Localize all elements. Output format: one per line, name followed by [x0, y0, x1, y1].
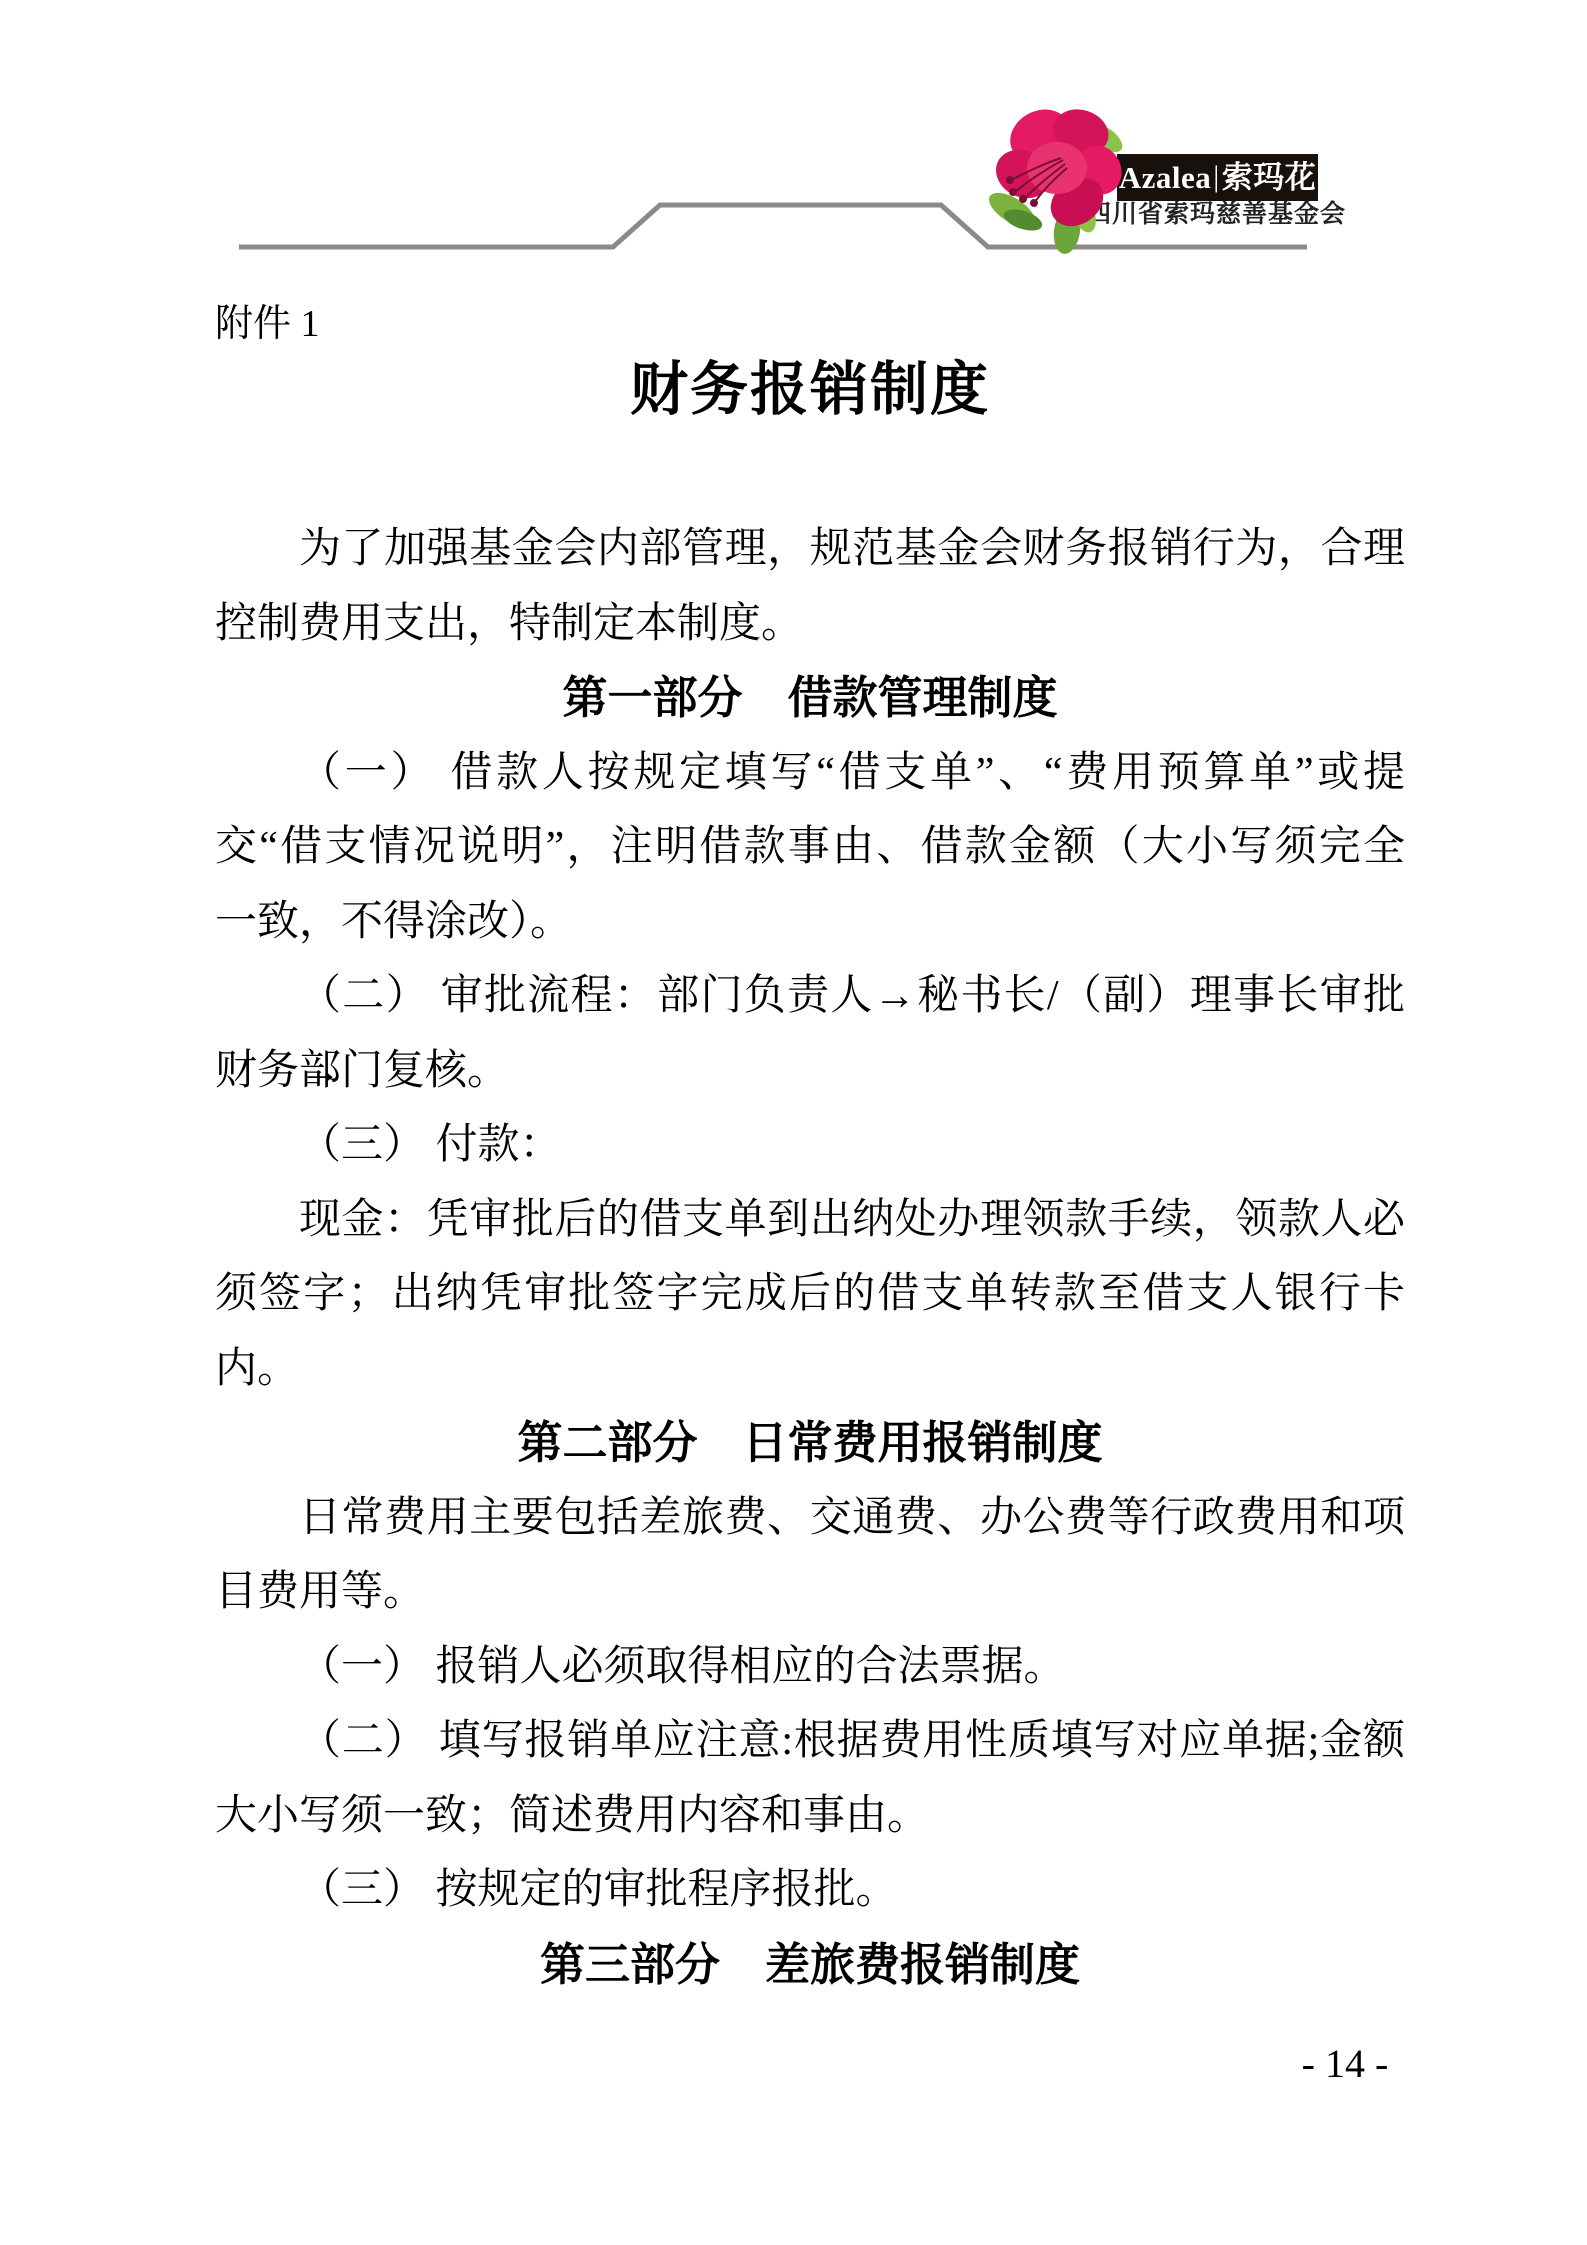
- text-line: 日常费用主要包括差旅费、交通费、办公费等行政费用和项: [215, 1481, 1405, 1556]
- page-number: - 14 -: [1285, 2040, 1405, 2088]
- logo-separator: |: [1211, 162, 1222, 192]
- text-line: 大小写须一致；简述费用内容和事由。: [215, 1779, 1405, 1854]
- logo-banner: Azalea|索玛花: [1117, 154, 1318, 201]
- section-heading: 第二部分 日常费用报销制度: [215, 1406, 1405, 1481]
- header-decorative-line: [0, 0, 1587, 300]
- text-line: （一） 借款人按规定填写“借支单”、“费用预算单”或提: [215, 736, 1405, 811]
- logo-text-cn: 索玛花: [1222, 162, 1317, 193]
- text-line: （三） 付款：: [215, 1108, 1405, 1183]
- text-line: 现金：凭审批后的借支单到出纳处办理领款手续，领款人必: [215, 1183, 1405, 1258]
- text-line: （二） 填写报销单应注意:根据费用性质填写对应单据;金额: [215, 1704, 1405, 1779]
- text-line: 为了加强基金会内部管理，规范基金会财务报销行为，合理: [215, 512, 1405, 587]
- text-line: 财务部门复核。: [215, 1034, 1405, 1109]
- text-line: （二） 审批流程：部门负责人→秘书长/（副）理事长审批→: [215, 959, 1405, 1034]
- section-heading: 第一部分 借款管理制度: [215, 661, 1405, 736]
- text-line: 控制费用支出，特制定本制度。: [215, 587, 1405, 662]
- text-line: 一致，不得涂改）。: [215, 885, 1405, 960]
- text-line: （一） 报销人必须取得相应的合法票据。: [215, 1630, 1405, 1705]
- document-page: Azalea|索玛花 四川省索玛慈善基金会: [0, 0, 1587, 2245]
- text-line: 内。: [215, 1332, 1405, 1407]
- text-line: 交“借支情况说明”，注明借款事由、借款金额（大小写须完全: [215, 810, 1405, 885]
- attachment-label: 附件 1: [215, 297, 320, 351]
- text-line: 须签字；出纳凭审批签字完成后的借支单转款至借支人银行卡: [215, 1257, 1405, 1332]
- document-title: 财务报销制度: [215, 352, 1405, 428]
- document-body: 为了加强基金会内部管理，规范基金会财务报销行为，合理控制费用支出，特制定本制度。…: [215, 512, 1405, 2002]
- azalea-flower-icon: [985, 98, 1145, 263]
- text-line: 目费用等。: [215, 1555, 1405, 1630]
- section-heading: 第三部分 差旅费报销制度: [215, 1928, 1405, 2003]
- text-line: （三） 按规定的审批程序报批。: [215, 1853, 1405, 1928]
